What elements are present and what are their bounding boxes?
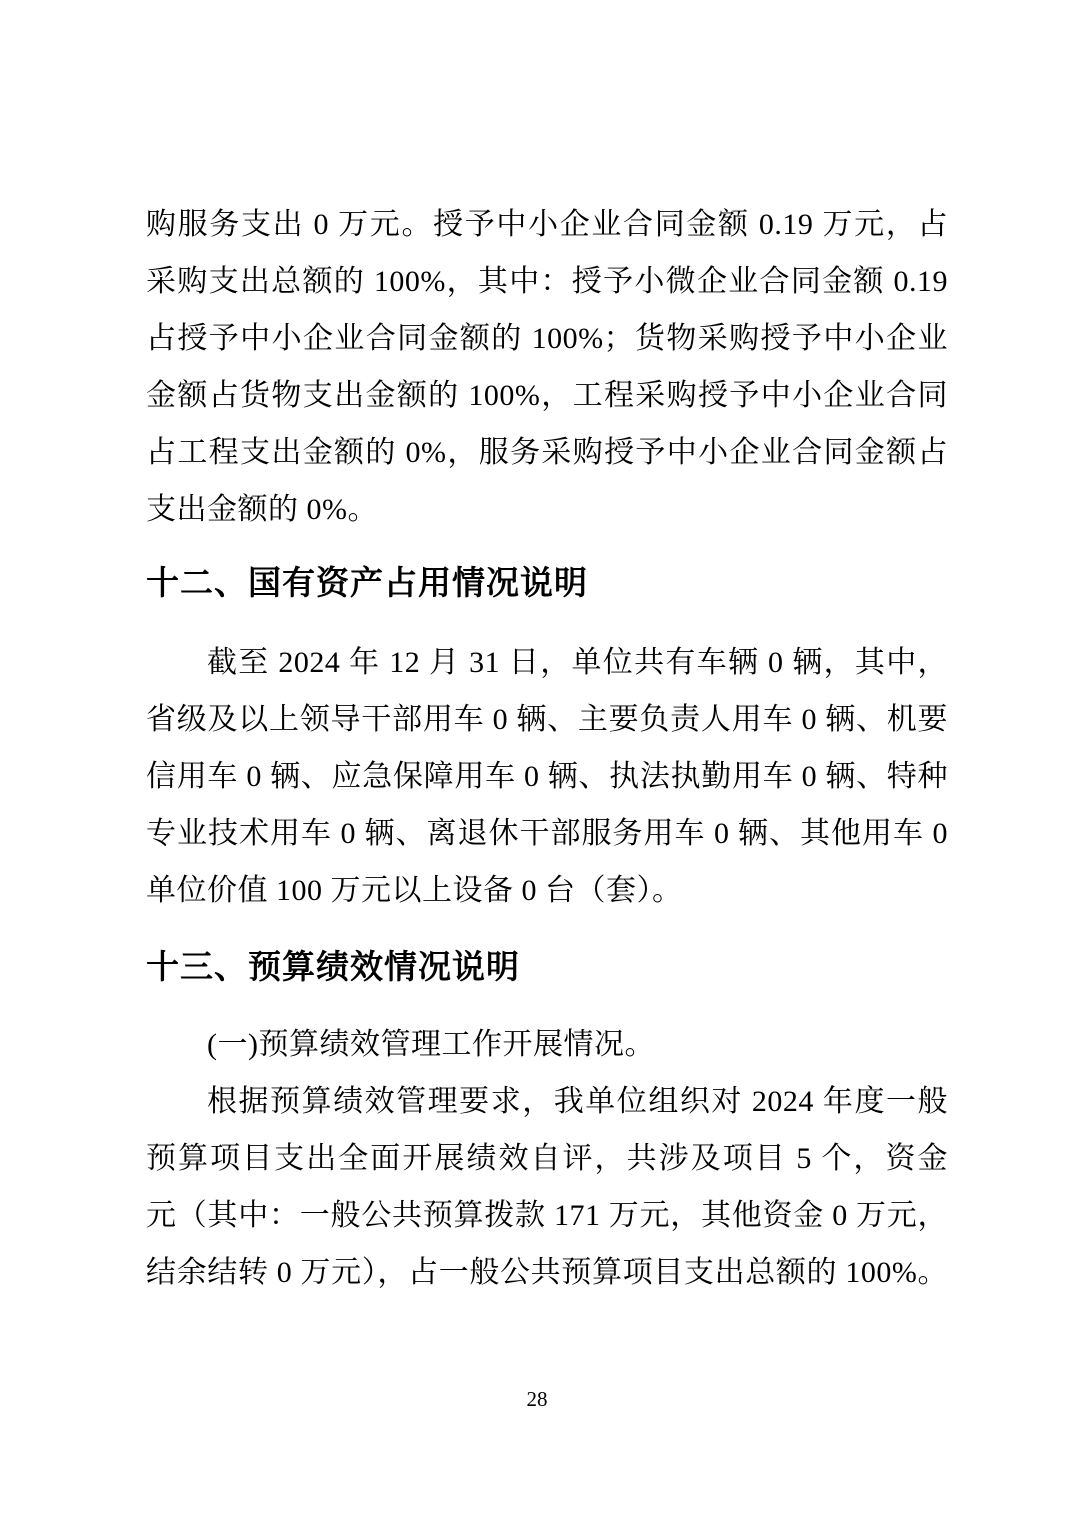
- text-line: 根据预算绩效管理要求，我单位组织对 2024 年度一般公共: [146, 1073, 948, 1130]
- paragraph-government-procurement: 购服务支出 0 万元。授予中小企业合同金额 0.19 万元，占政府 采购支出总额…: [146, 196, 948, 538]
- section-heading-budget-performance: 十三、预算绩效情况说明: [146, 938, 948, 995]
- text-line: 元（其中：一般公共预算拨款 171 万元，其他资金 0 万元，上年: [146, 1187, 948, 1244]
- document-page: 购服务支出 0 万元。授予中小企业合同金额 0.19 万元，占政府 采购支出总额…: [0, 0, 1074, 1520]
- section-heading-state-assets: 十二、国有资产占用情况说明: [146, 554, 948, 611]
- text-line: 占工程支出金额的 0%，服务采购授予中小企业合同金额占服务: [146, 424, 948, 481]
- page-number: 28: [0, 1386, 1074, 1412]
- page-body: 购服务支出 0 万元。授予中小企业合同金额 0.19 万元，占政府 采购支出总额…: [146, 196, 948, 1301]
- text-line: 采购支出总额的 100%，其中：授予小微企业合同金额 0.19 万元，: [146, 253, 948, 310]
- text-line: 占授予中小企业合同金额的 100%；货物采购授予中小企业合同: [146, 310, 948, 367]
- text-line: 结余结转 0 万元），占一般公共预算项目支出总额的 100%。从: [146, 1244, 948, 1301]
- text-line: 购服务支出 0 万元。授予中小企业合同金额 0.19 万元，占政府: [146, 196, 948, 253]
- text-line: 信用车 0 辆、应急保障用车 0 辆、执法执勤用车 0 辆、特种: [146, 748, 948, 805]
- text-line: 省级及以上领导干部用车 0 辆、主要负责人用车 0 辆、机要通: [146, 691, 948, 748]
- paragraph-state-assets: 截至 2024 年 12 月 31 日，单位共有车辆 0 辆，其中，副 省级及以…: [146, 634, 948, 919]
- text-line: 单位价值 100 万元以上设备 0 台（套）。: [146, 862, 948, 919]
- paragraph-performance-intro: (一)预算绩效管理工作开展情况。: [146, 1016, 948, 1073]
- text-line: 金额占货物支出金额的 100%，工程采购授予中小企业合同金额: [146, 367, 948, 424]
- text-line: 专业技术用车 0 辆、离退休干部服务用车 0 辆、其他用车 0 辆；: [146, 805, 948, 862]
- text-line: (一)预算绩效管理工作开展情况。: [146, 1016, 948, 1073]
- paragraph-performance-detail: 根据预算绩效管理要求，我单位组织对 2024 年度一般公共 预算项目支出全面开展…: [146, 1073, 948, 1301]
- text-line: 截至 2024 年 12 月 31 日，单位共有车辆 0 辆，其中，副: [146, 634, 948, 691]
- text-line: 预算项目支出全面开展绩效自评，共涉及项目 5 个，资金 171 万: [146, 1130, 948, 1187]
- text-line: 支出金额的 0%。: [146, 481, 948, 538]
